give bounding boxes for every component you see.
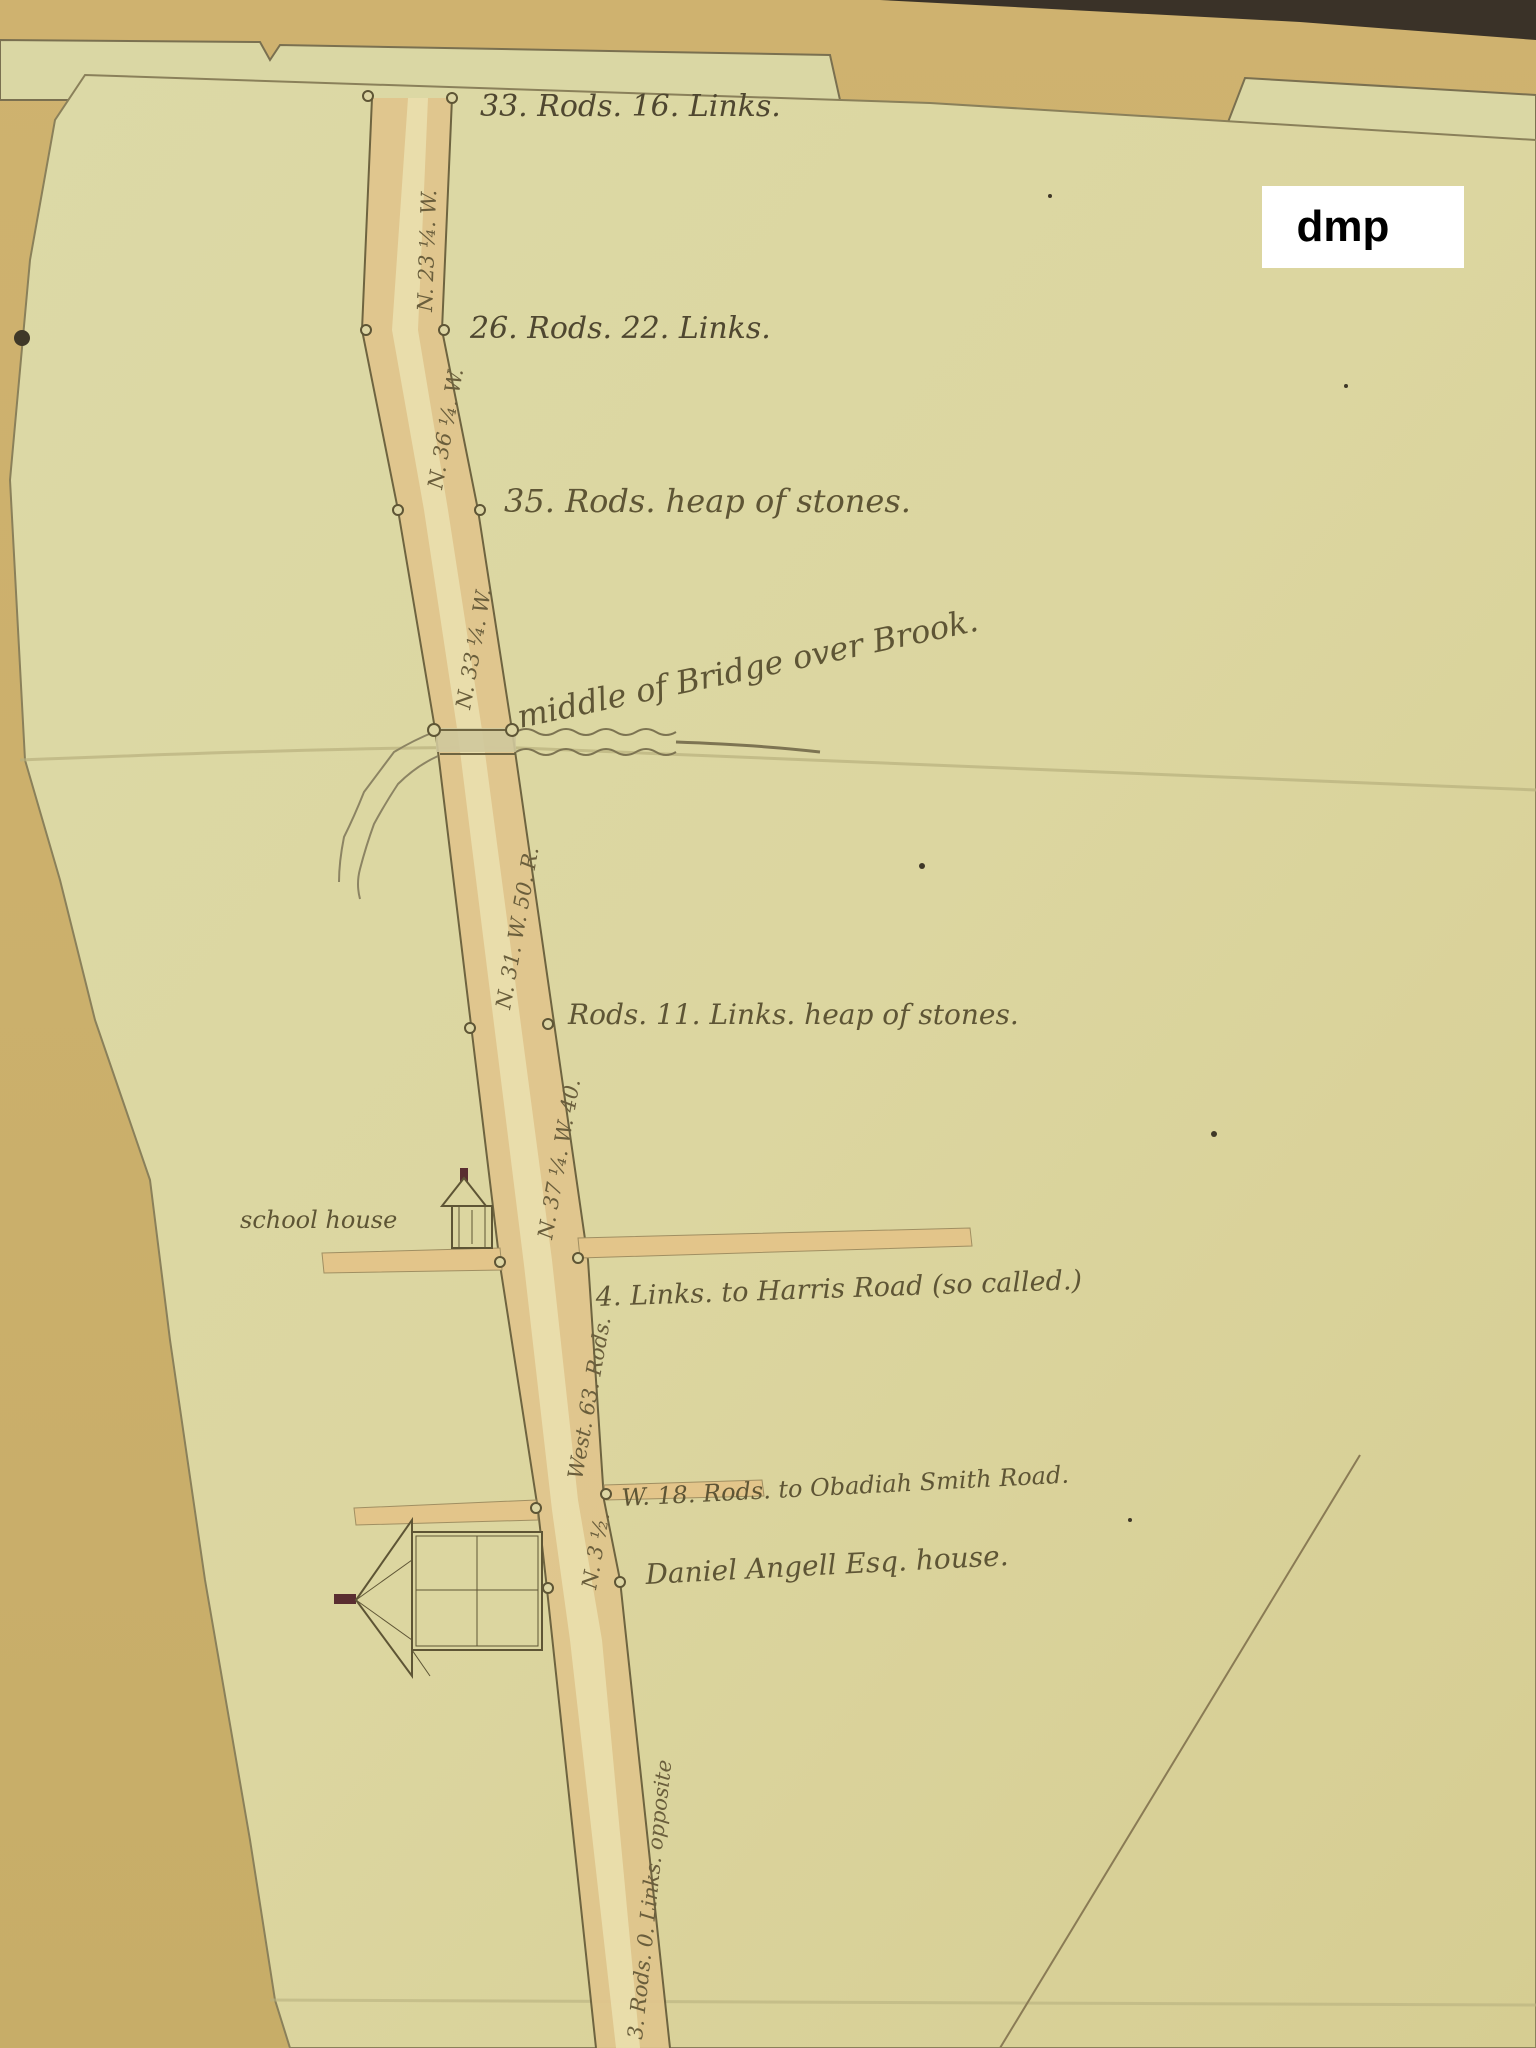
- map-canvas: N. 23 ¼. W. N. 36 ¼. W. N. 33 ¼. W. N. 3…: [0, 0, 1536, 2048]
- watermark-badge: dmp: [1262, 186, 1464, 268]
- station-label: Rods. 11. Links. heap of stones.: [567, 998, 1019, 1031]
- station-label: 35. Rods. heap of stones.: [504, 482, 911, 520]
- station-label: 26. Rods. 22. Links.: [469, 311, 771, 346]
- survey-map: N. 23 ¼. W. N. 36 ¼. W. N. 33 ¼. W. N. 3…: [0, 0, 1536, 2048]
- bearing-label: N. 23 ¼. W.: [413, 189, 441, 313]
- paper-sheet: [10, 75, 1536, 2048]
- watermark-text: dmp: [1297, 202, 1390, 252]
- school-house-label: school house: [240, 1206, 397, 1234]
- station-label: 33. Rods. 16. Links.: [480, 89, 781, 124]
